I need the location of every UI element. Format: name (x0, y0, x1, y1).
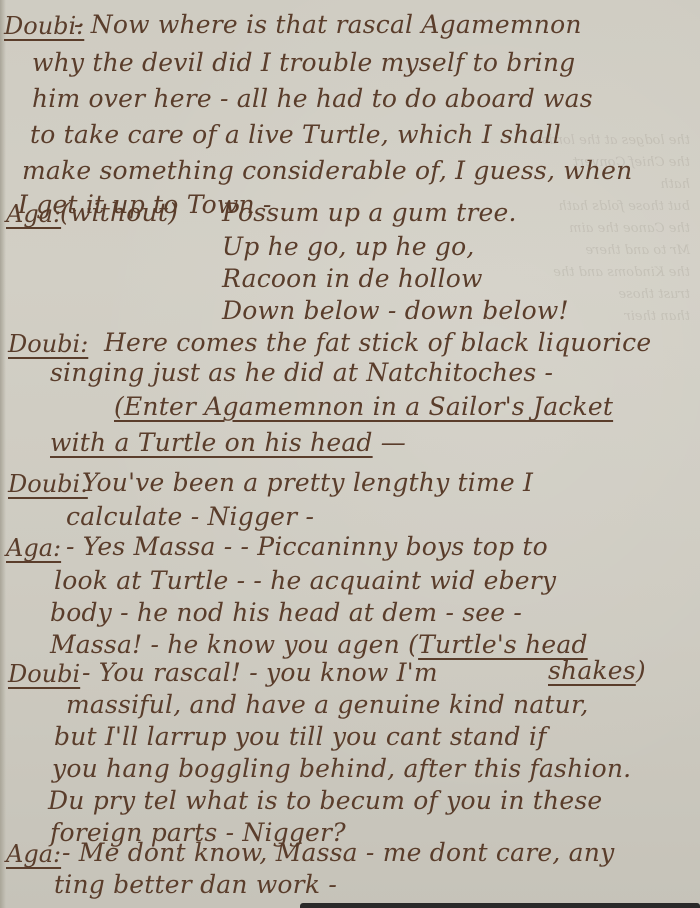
script-line: to take care of a live Turtle, which I s… (30, 120, 561, 149)
script-line: Here comes the fat stick of black liquor… (104, 328, 651, 357)
script-line: Massa! - he know you agen (Turtle's head (50, 630, 588, 659)
stage-direction-line: with a Turtle on his head — (50, 428, 406, 457)
script-line: singing just as he did at Natchitoches - (50, 358, 553, 387)
script-line: make something considerable of, I guess,… (22, 156, 632, 185)
page-binding-edge (0, 0, 6, 908)
stage-direction: Turtle's head (418, 630, 588, 659)
script-line: You've been a pretty lengthy time I (82, 468, 533, 497)
script-line: - Me dont know, Massa - me dont care, an… (62, 838, 614, 867)
stage-direction: (Enter Agamemnon in a Sailor's Jacket (114, 392, 613, 421)
paren: ) (636, 656, 646, 685)
speaker-label: Aga: (6, 200, 61, 228)
script-line: body - he nod his head at dem - see - (50, 598, 522, 627)
page-bottom-edge (300, 903, 700, 908)
speaker-label: Doubi: (8, 330, 88, 358)
line-text: Massa! - he know you agen ( (50, 630, 418, 659)
song-line: Down below - down below! (222, 296, 569, 325)
script-line: but I'll larrup you till you cant stand … (54, 722, 547, 751)
script-line: - Now where is that rascal Agamemnon (74, 10, 582, 39)
script-line: why the devil did I trouble myself to br… (32, 48, 575, 77)
script-line: calculate - Nigger - (66, 502, 314, 531)
script-line: Du pry tel what is to becum of you in th… (48, 786, 602, 815)
script-line: ting better dan work - (54, 870, 337, 899)
song-line: Racoon in de hollow (222, 264, 483, 293)
song-line: Up he go, up he go, (222, 232, 475, 261)
script-line: you hang boggling behind, after this fas… (52, 754, 631, 783)
stage-direction: with a Turtle on his head (50, 428, 373, 457)
speaker-label: Doubi: (4, 12, 84, 40)
script-line: massiful, and have a genuine kind natur, (66, 690, 589, 719)
script-line: look at Turtle - - he acquaint wid ebery (54, 566, 556, 595)
manuscript-page: the lodges at the lords the Chief Conver… (0, 0, 700, 908)
speaker-label: Aga: (6, 840, 61, 868)
script-line: - Yes Massa - - Piccaninny boys top to (66, 532, 548, 561)
stage-direction-line: shakes) (548, 656, 646, 685)
stage-direction: shakes (548, 656, 636, 685)
dash: — (373, 428, 406, 457)
stage-direction: (without) (60, 198, 178, 227)
script-line: him over here - all he had to do aboard … (32, 84, 593, 113)
speaker-label: Doubi (8, 660, 80, 688)
speaker-label: Aga: (6, 534, 61, 562)
song-line: Possum up a gum tree. (222, 198, 517, 227)
speaker-label: Doubi. (8, 470, 88, 498)
script-line: - You rascal! - you know I'm (82, 658, 438, 687)
